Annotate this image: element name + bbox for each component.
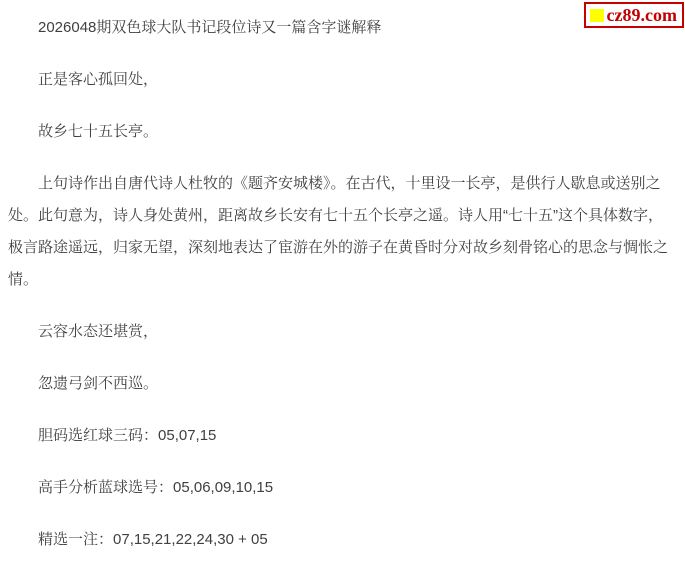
poem-line-2: 故乡七十五长亭。: [8, 116, 677, 148]
selected-bet-line: 精选一注：07,15,21,22,24,30 + 05: [8, 524, 677, 556]
poem-line-1: 正是客心孤回处，: [8, 64, 677, 96]
site-logo[interactable]: cz89.com: [584, 2, 684, 28]
blue-balls-pick-value: 05,06,09,10,15: [173, 479, 273, 496]
article-title: 2026048期双色球大队书记段位诗又一篇含字谜解释: [8, 12, 677, 44]
article-content: 2026048期双色球大队书记段位诗又一篇含字谜解释 正是客心孤回处， 故乡七十…: [0, 0, 685, 556]
blue-balls-pick-label: 高手分析蓝球选号：: [38, 479, 173, 496]
selected-bet-value: 07,15,21,22,24,30 + 05: [113, 531, 268, 548]
logo-square-icon: [590, 9, 604, 22]
poem-line-3: 云容水态还堪赏，: [8, 316, 677, 348]
selected-bet-label: 精选一注：: [38, 531, 113, 548]
poem-line-4: 忽遗弓剑不西巡。: [8, 368, 677, 400]
red-balls-pick-value: 05,07,15: [158, 427, 216, 444]
logo-text: cz89.com: [607, 6, 677, 24]
red-balls-pick-line: 胆码选红球三码：05,07,15: [8, 420, 677, 452]
blue-balls-pick-line: 高手分析蓝球选号：05,06,09,10,15: [8, 472, 677, 504]
analysis-paragraph: 上句诗作出自唐代诗人杜牧的《题齐安城楼》。在古代，十里设一长亭，是供行人歇息或送…: [8, 168, 677, 296]
red-balls-pick-label: 胆码选红球三码：: [38, 427, 158, 444]
